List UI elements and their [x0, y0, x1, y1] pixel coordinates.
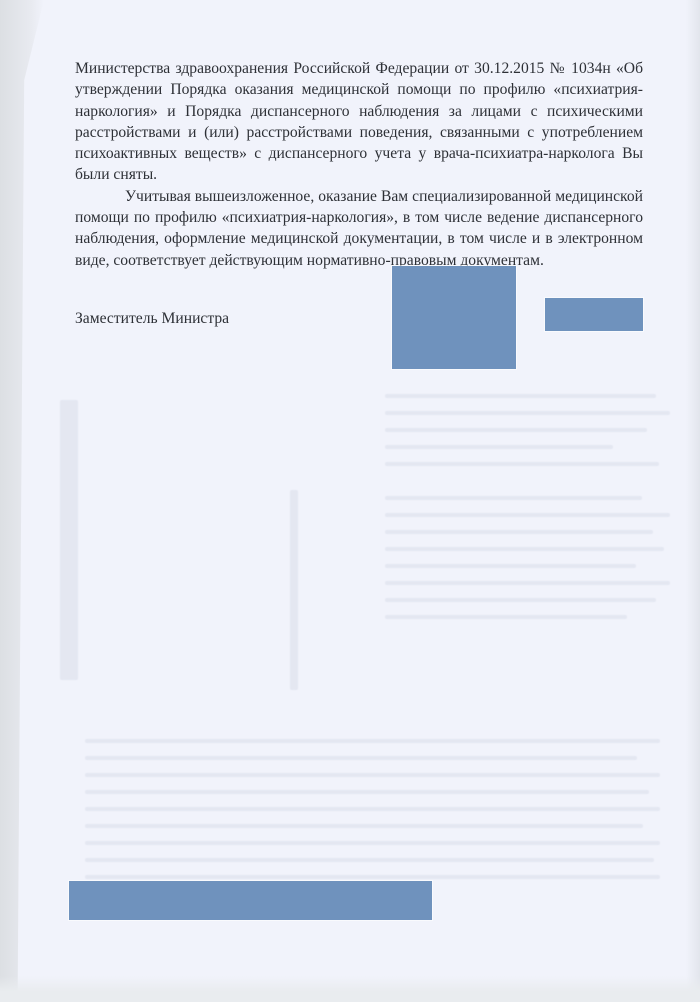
- bleed-through-texture: [385, 385, 670, 619]
- scan-edge-bottom: [0, 976, 700, 1002]
- bleed-through-texture-lower: [85, 730, 660, 896]
- bleed-through-left-margin: [60, 400, 120, 680]
- letter-body: Министерства здравоохранения Российской …: [75, 58, 643, 271]
- redacted-signature: [392, 266, 516, 369]
- redacted-footer-info: [69, 881, 432, 920]
- paragraph-regulation-reference: Министерства здравоохранения Российской …: [75, 58, 643, 186]
- bleed-through-center: [290, 490, 310, 690]
- redacted-signatory-name: [545, 298, 643, 331]
- paragraph-conclusion: Учитывая вышеизложенное, оказание Вам сп…: [75, 186, 643, 271]
- scan-edge-right: [686, 0, 700, 1002]
- signatory-title: Заместитель Министра: [75, 310, 229, 328]
- scan-edge-left: [0, 0, 44, 1002]
